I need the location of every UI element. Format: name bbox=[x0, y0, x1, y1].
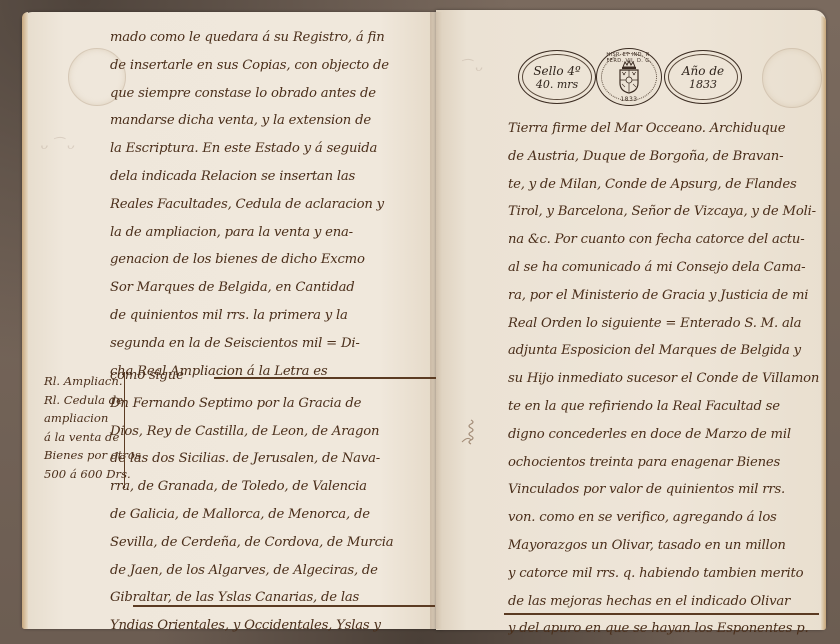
text-line: la Escriptura. En este Estado y á seguid… bbox=[110, 135, 435, 163]
seal-year: 1833 bbox=[597, 96, 661, 103]
text-line: segunda en la de Seiscientos mil = Di- bbox=[110, 330, 435, 358]
text-line: y catorce mil rrs. q. habiendo tambien m… bbox=[508, 560, 823, 588]
text-line: genacion de los bienes de dicho Excmo bbox=[110, 246, 435, 274]
page-end-rule bbox=[504, 613, 819, 615]
text-line: mandarse dicha venta, y la extension de bbox=[110, 107, 435, 135]
text-line: digno concederles en doce de Marzo de mi… bbox=[508, 421, 823, 449]
text-line: te, y de Milan, Conde de Apsurg, de Flan… bbox=[508, 171, 823, 199]
stamp-value-oval: Sello 4º 40. mrs bbox=[518, 50, 596, 104]
text-line: Vinculados por valor de quinientos mil r… bbox=[508, 476, 823, 504]
text-line: y del apuro en que se hayan los Esponent… bbox=[508, 615, 823, 643]
embossed-seal-right bbox=[762, 48, 822, 108]
text-line: Yndias Orientales, y Occidentales, Yslas… bbox=[110, 612, 435, 640]
margin-annotation: Rl. Ampliacn. Rl. Cedula de ampliacion á… bbox=[44, 372, 124, 483]
text-line: ra, por el Ministerio de Gracia y Justic… bbox=[508, 282, 823, 310]
text-line: Dios, Rey de Castilla, de Leon, de Arago… bbox=[110, 418, 435, 446]
text-line: de quinientos mil rrs. la primera y la bbox=[110, 302, 435, 330]
stamp-class: Sello 4º bbox=[533, 64, 580, 78]
annotation-line: Bienes por otros bbox=[44, 446, 124, 465]
ink-flourish-icon bbox=[460, 418, 482, 448]
text-line: de las mejoras hechas en el indicado Oli… bbox=[508, 588, 823, 616]
annotation-line: ampliacion bbox=[44, 409, 124, 428]
text-line: Tierra firme del Mar Occeano. Archiduque bbox=[508, 115, 823, 143]
text-line: te en la que refiriendo la Real Facultad… bbox=[508, 393, 823, 421]
text-line: ochocientos treinta para enagenar Bienes bbox=[508, 449, 823, 477]
royal-coat-of-arms-seal: HISP. ET IND. R. FERD. VII. D. G. 1833 bbox=[596, 48, 662, 106]
text-line: la de ampliacion, para la venta y ena- bbox=[110, 219, 435, 247]
text-line: von. como en se verifico, agregando á lo… bbox=[508, 504, 823, 532]
bleed-through-text: ᴗ ⁀ ᴗ bbox=[40, 138, 74, 153]
text-line: Sevilla, de Cerdeña, de Cordova, de Murc… bbox=[110, 529, 435, 557]
text-line: dela indicada Relacion se insertan las bbox=[110, 163, 435, 191]
text-line: de Galicia, de Mallorca, de Menorca, de bbox=[110, 501, 435, 529]
text-line: de Austria, Duque de Borgoña, de Bravan- bbox=[508, 143, 823, 171]
text-line: Real Orden lo siguiente = Enterado S. M.… bbox=[508, 310, 823, 338]
annotation-line: Rl. Ampliacn. bbox=[44, 372, 124, 391]
text-line: Dn Fernando Septimo por la Gracia de bbox=[110, 390, 435, 418]
bleed-through-text: ⁀ ᴗ bbox=[460, 60, 482, 75]
text-line: Sor Marques de Belgida, en Cantidad bbox=[110, 274, 435, 302]
page-end-rule bbox=[133, 605, 435, 607]
annotation-line: 500 á 600 Drs. bbox=[44, 465, 124, 484]
annotation-line: Rl. Cedula de bbox=[44, 391, 124, 410]
text-line: mado como le quedara á su Registro, á fi… bbox=[110, 24, 435, 52]
text-line: como sigue bbox=[110, 362, 435, 390]
text-line: adjunta Esposicion del Marques de Belgid… bbox=[508, 337, 823, 365]
stamp-year-value: 1833 bbox=[689, 78, 717, 91]
left-page-text-top: mado como le quedara á su Registro, á fi… bbox=[110, 24, 435, 385]
text-line: de insertarle en sus Copias, con objecto… bbox=[110, 52, 435, 80]
text-line: de las dos Sicilias. de Jerusalen, de Na… bbox=[110, 445, 435, 473]
text-line: al se ha comunicado á mi Consejo dela Ca… bbox=[508, 254, 823, 282]
right-page-text: Tierra firme del Mar Occeano. Archiduque… bbox=[508, 115, 823, 643]
annotation-line: á la venta de bbox=[44, 428, 124, 447]
stamp-year-oval: Año de 1833 bbox=[664, 50, 742, 104]
margin-brace bbox=[124, 372, 131, 488]
text-line: Mayorazgos un Olivar, tasado en un millo… bbox=[508, 532, 823, 560]
left-page-text-decree: como sigue Dn Fernando Septimo por la Gr… bbox=[110, 362, 435, 640]
text-line: Reales Facultades, Cedula de aclaracion … bbox=[110, 191, 435, 219]
fiscal-stamp: Sello 4º 40. mrs HISP. ET IND. R. FERD. … bbox=[518, 48, 740, 104]
stamp-price: 40. mrs bbox=[536, 78, 578, 91]
text-line: su Hijo inmediato sucesor el Conde de Vi… bbox=[508, 365, 823, 393]
stamp-year-label: Año de bbox=[682, 64, 724, 78]
text-line: na &c. Por cuanto con fecha catorce del … bbox=[508, 226, 823, 254]
text-line: rra, de Granada, de Toledo, de Valencia bbox=[110, 473, 435, 501]
text-line: que siempre constase lo obrado antes de bbox=[110, 80, 435, 108]
text-line: Gibraltar, de las Yslas Canarias, de las bbox=[110, 584, 435, 612]
text-line: de Jaen, de los Algarves, de Algeciras, … bbox=[110, 557, 435, 585]
seal-ring-text: HISP. ET IND. R. FERD. VII. D. G. bbox=[597, 52, 661, 64]
text-line: Tirol, y Barcelona, Señor de Vizcaya, y … bbox=[508, 198, 823, 226]
